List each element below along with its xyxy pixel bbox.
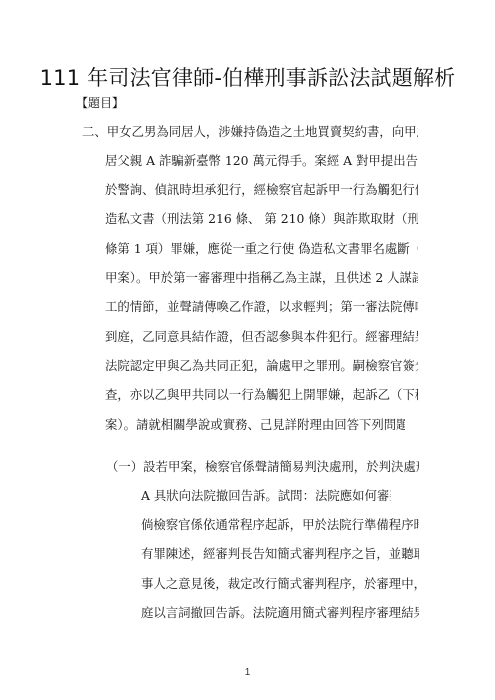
section-label-question: 【題目】 — [76, 94, 124, 111]
question-line: 工的情節，並聲請傳喚乙作證，以求輕判；第一審法院傳喚乙 — [105, 299, 418, 315]
question-line: 查，亦以乙與甲共同以一行為觸犯上開罪嫌，起訴乙（下稱乙 — [105, 387, 418, 403]
question-line: 甲案）。甲於第一審審理中指稱乙為主謀，且供述 2 人謀議、分 — [105, 270, 418, 286]
question-line: 二、甲女乙男為同居人，涉嫌持偽造之土地買賣契約書，向甲之獨 — [82, 124, 418, 140]
question-line: 到庭，乙同意具結作證，但否認參與本件犯行。經審理結果， — [105, 329, 418, 345]
question-line: 案）。請就相關學說或實務、己見詳附理由回答下列問題： — [105, 417, 405, 433]
question-line: 法院認定甲與乙為共同正犯，論處甲之罪刑。嗣檢察官簽分偵 — [105, 358, 418, 374]
subquestion-line: 有罪陳述，經審判長告知簡式審判程序之旨，並聽取當 — [141, 546, 419, 562]
question-line: 於警詢、偵訊時坦承犯行，經檢察官起訴甲一行為觸犯行使偽 — [105, 182, 418, 198]
question-line: 造私文書（刑法第 216 條、 第 210 條）與詐欺取財（刑法第 339 — [105, 211, 418, 227]
question-line: 條第 1 項）罪嫌，應從一重之行使 偽造私文書罪名處斷（下稱 — [105, 241, 418, 257]
subquestion-line: 倘檢察官係依通常程序起訴，甲於法院行準備程序時為 — [141, 517, 419, 533]
document-title: 111 年司法官律師-伯樺刑事訴訟法試題解析 — [0, 62, 495, 92]
subquestion-line: （一）設若甲案，檢察官係聲請簡易判決處刑，於判決處刑前， — [106, 459, 419, 475]
question-line: 居父親 A 詐騙新臺幣 120 萬元得手。案經 A 對甲提出告訴，甲 — [105, 153, 418, 169]
subquestion-line: 事人之意見後，裁定改行簡式審判程序，於審理中，A 當 — [141, 576, 419, 592]
subquestion-line: A 具狀向法院撤回告訴。試問：法院應如何審判？ — [141, 488, 391, 504]
subquestion-line: 庭以言詞撤回告訴。法院適用簡式審判程序審理結果， — [141, 605, 419, 621]
page-number: 1 — [0, 667, 495, 678]
